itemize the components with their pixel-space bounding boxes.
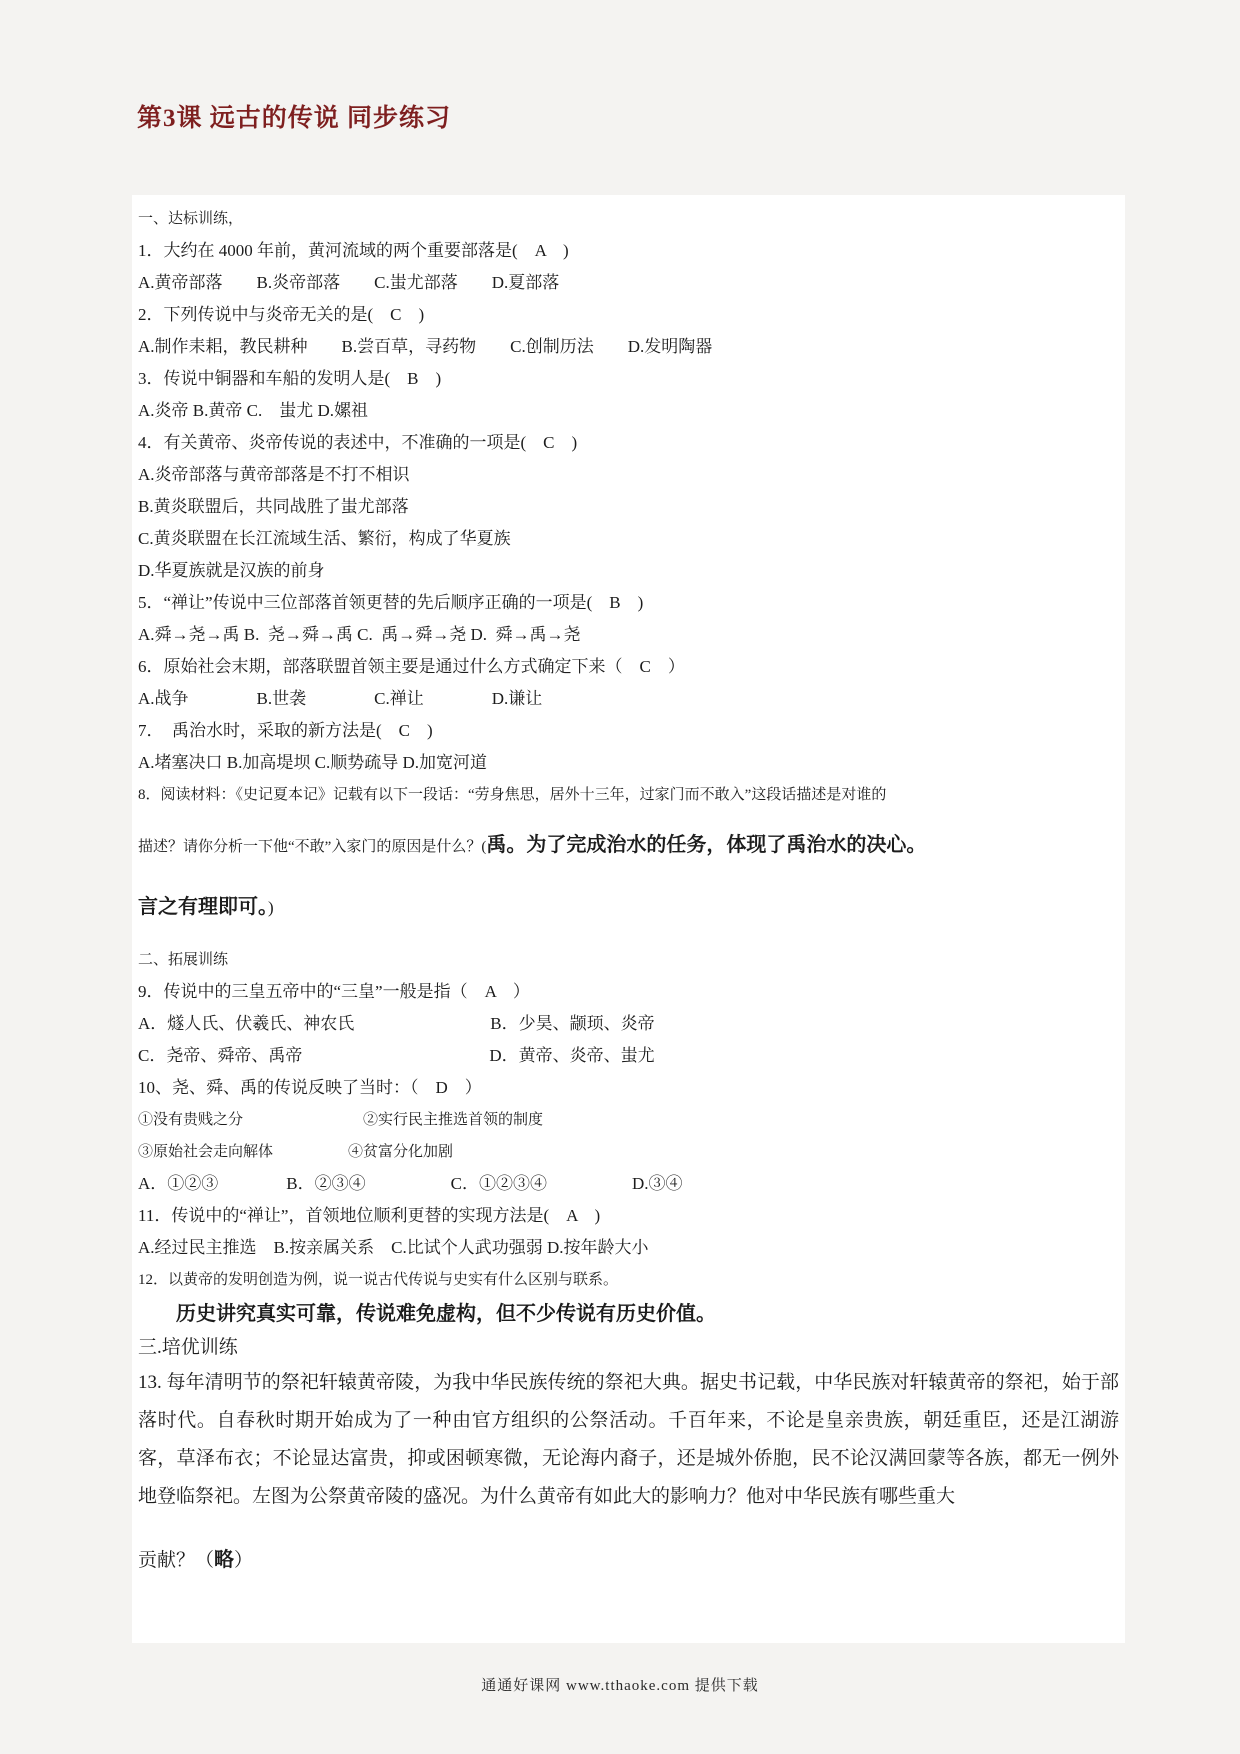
question-9: 9．传说中的三皇五帝中的“三皇”一般是指（ A ） [138,976,1119,1008]
question-12: 12．以黄帝的发明创造为例，说一说古代传说与史实有什么区别与联系。 [138,1264,1119,1296]
text-segment: 5．“禅让”传说中三位部落首领更替的先后顺序正确的一项是( B ) [138,593,643,612]
question-10-options: A．①②③ B．②③④ C．①②③④ D.③④ [138,1168,1119,1200]
question-5: 5．“禅让”传说中三位部落首领更替的先后顺序正确的一项是( B ) [138,587,1119,619]
question-6-options: A.战争 B.世袭 C.禅让 D.谦让 [138,683,1119,715]
question-7-options: A.堵塞决口 B.加高堤坝 C.顺势疏导 D.加宽河道 [138,747,1119,779]
text-segment: 1．大约在 4000 年前，黄河流域的两个重要部落是( A ) [138,241,569,260]
text-segment: 10、尧、舜、禹的传说反映了当时：（ D ） [138,1078,482,1097]
text-segment: A.舜→尧→禹 B. 尧→舜→禹 C. 禹→舜→尧 D. 舜→禹→尧 [138,625,580,644]
text-segment: 一、达标训练， [138,211,243,227]
question-10: 10、尧、舜、禹的传说反映了当时：（ D ） [138,1072,1119,1104]
question-5-options: A.舜→尧→禹 B. 尧→舜→禹 C. 禹→舜→尧 D. 舜→禹→尧 [138,619,1119,651]
text-segment: C．尧帝、舜帝、禹帝 D．黄帝、炎帝、蚩尤 [138,1046,655,1065]
question-10-items-1-2: ①没有贵贱之分 ②实行民主推选首领的制度 [138,1104,1119,1136]
question-8-answer-line-1: 描述？请你分析一下他“不敢”入家门的原因是什么？(禹。为了完成治水的任务，体现了… [138,829,1119,863]
text-segment: 历史讲究真实可靠，传说难免虚构，但不少传说有历史价值。 [176,1303,716,1325]
text-segment: 4．有关黄帝、炎帝传说的表述中，不准确的一项是( C ) [138,433,577,452]
question-1: 1．大约在 4000 年前，黄河流域的两个重要部落是( A ) [138,235,1119,267]
question-4-option-a: A.炎帝部落与黄帝部落是不打不相识 [138,459,1119,491]
text-segment: 7． 禹治水时，采取的新方法是( C ) [138,721,433,740]
text-segment: 9．传说中的三皇五帝中的“三皇”一般是指（ A ） [138,982,530,1001]
question-11: 11．传说中的“禅让”，首领地位顺利更替的实现方法是( A ) [138,1200,1119,1232]
worksheet-lines: 一、达标训练，1．大约在 4000 年前，黄河流域的两个重要部落是( A )A.… [138,203,1119,1577]
question-10-items-3-4: ③原始社会走向解体 ④贫富分化加剧 [138,1136,1119,1168]
question-13: 13. 每年清明节的祭祀轩辕黄帝陵，为我中华民族传统的祭祀大典。据史书记载，中华… [138,1364,1119,1516]
footer-text: 通通好课网 www.tthaoke.com 提供下载 [0,1674,1240,1695]
question-3: 3．传说中铜器和车船的发明人是( B ) [138,363,1119,395]
answer-text: 略 [214,1549,234,1571]
text-segment: A．燧人氏、伏羲氏、神农氏 B．少昊、颛顼、炎帝 [138,1014,655,1033]
section-3-header: 三.培优训练 [138,1332,1119,1364]
text-segment: A.制作耒耜，教民耕种 B.尝百草，寻药物 C.创制历法 D.发明陶器 [138,337,712,356]
text-segment: A.黄帝部落 B.炎帝部落 C.蚩尤部落 D.夏部落 [138,273,559,292]
text-segment: 8．阅读材料：《史记夏本记》记载有以下一段话：“劳身焦思，居外十三年，过家门而不… [138,787,886,803]
question-13-answer: 贡献？（略） [138,1544,1119,1577]
question-2: 2．下列传说中与炎帝无关的是( C ) [138,299,1119,331]
answer-text: 言之有理即可。 [138,896,268,918]
text-segment: A.战争 B.世袭 C.禅让 D.谦让 [138,689,542,708]
section-1-header: 一、达标训练， [138,203,1119,235]
text-segment: 贡献？（ [138,1550,214,1571]
question-9-options-cd: C．尧帝、舜帝、禹帝 D．黄帝、炎帝、蚩尤 [138,1040,1119,1072]
text-segment: A.炎帝部落与黄帝部落是不打不相识 [138,465,410,484]
question-1-options: A.黄帝部落 B.炎帝部落 C.蚩尤部落 D.夏部落 [138,267,1119,299]
question-9-options-ab: A．燧人氏、伏羲氏、神农氏 B．少昊、颛顼、炎帝 [138,1008,1119,1040]
question-4: 4．有关黄帝、炎帝传说的表述中，不准确的一项是( C ) [138,427,1119,459]
text-segment: 13. 每年清明节的祭祀轩辕黄帝陵，为我中华民族传统的祭祀大典。据史书记载，中华… [138,1372,1119,1507]
question-4-option-b: B.黄炎联盟后，共同战胜了蚩尤部落 [138,491,1119,523]
text-segment: 描述？请你分析一下他“不敢”入家门的原因是什么？( [138,839,486,855]
text-segment: 12．以黄帝的发明创造为例，说一说古代传说与史实有什么区别与联系。 [138,1272,618,1288]
text-segment: ） [234,1550,253,1571]
text-segment: 三.培优训练 [138,1337,238,1358]
section-2-header: 二、拓展训练 [138,944,1119,976]
question-8: 8．阅读材料：《史记夏本记》记载有以下一段话：“劳身焦思，居外十三年，过家门而不… [138,779,1119,811]
text-segment: B.黄炎联盟后，共同战胜了蚩尤部落 [138,497,409,516]
page-title: 第3课 远古的传说 同步练习 [137,98,451,134]
question-3-options: A.炎帝 B.黄帝 C. 蚩尤 D.嫘祖 [138,395,1119,427]
text-segment: A.经过民主推选 B.按亲属关系 C.比试个人武功强弱 D.按年龄大小 [138,1238,648,1257]
question-4-option-c: C.黄炎联盟在长江流域生活、繁衍，构成了华夏族 [138,523,1119,555]
text-segment: A.炎帝 B.黄帝 C. 蚩尤 D.嫘祖 [138,401,368,420]
text-segment: D.华夏族就是汉族的前身 [138,561,325,580]
question-7: 7． 禹治水时，采取的新方法是( C ) [138,715,1119,747]
text-segment: ) [268,898,274,917]
text-segment: C.黄炎联盟在长江流域生活、繁衍，构成了华夏族 [138,529,511,548]
text-segment: 3．传说中铜器和车船的发明人是( B ) [138,369,441,388]
question-4-option-d: D.华夏族就是汉族的前身 [138,555,1119,587]
text-segment: 二、拓展训练 [138,952,228,968]
text-segment: 11．传说中的“禅让”，首领地位顺利更替的实现方法是( A ) [138,1206,600,1225]
question-6: 6．原始社会末期，部落联盟首领主要是通过什么方式确定下来（ C ） [138,651,1119,683]
text-segment: ①没有贵贱之分 ②实行民主推选首领的制度 [138,1112,543,1128]
text-segment: ③原始社会走向解体 ④贫富分化加剧 [138,1144,453,1160]
answer-text: 禹。为了完成治水的任务，体现了禹治水的决心。 [486,834,926,856]
text-segment: A.堵塞决口 B.加高堤坝 C.顺势疏导 D.加宽河道 [138,753,487,772]
text-segment: 2．下列传说中与炎帝无关的是( C ) [138,305,424,324]
question-8-answer-line-2: 言之有理即可。) [138,891,1119,924]
question-11-options: A.经过民主推选 B.按亲属关系 C.比试个人武功强弱 D.按年龄大小 [138,1232,1119,1264]
question-2-options: A.制作耒耜，教民耕种 B.尝百草，寻药物 C.创制历法 D.发明陶器 [138,331,1119,363]
question-12-answer: 历史讲究真实可靠，传说难免虚构，但不少传说有历史价值。 [138,1296,1119,1332]
text-segment: 6．原始社会末期，部落联盟首领主要是通过什么方式确定下来（ C ） [138,657,685,676]
text-segment: A．①②③ B．②③④ C．①②③④ D.③④ [138,1174,682,1193]
worksheet-sheet: 一、达标训练，1．大约在 4000 年前，黄河流域的两个重要部落是( A )A.… [132,195,1125,1643]
